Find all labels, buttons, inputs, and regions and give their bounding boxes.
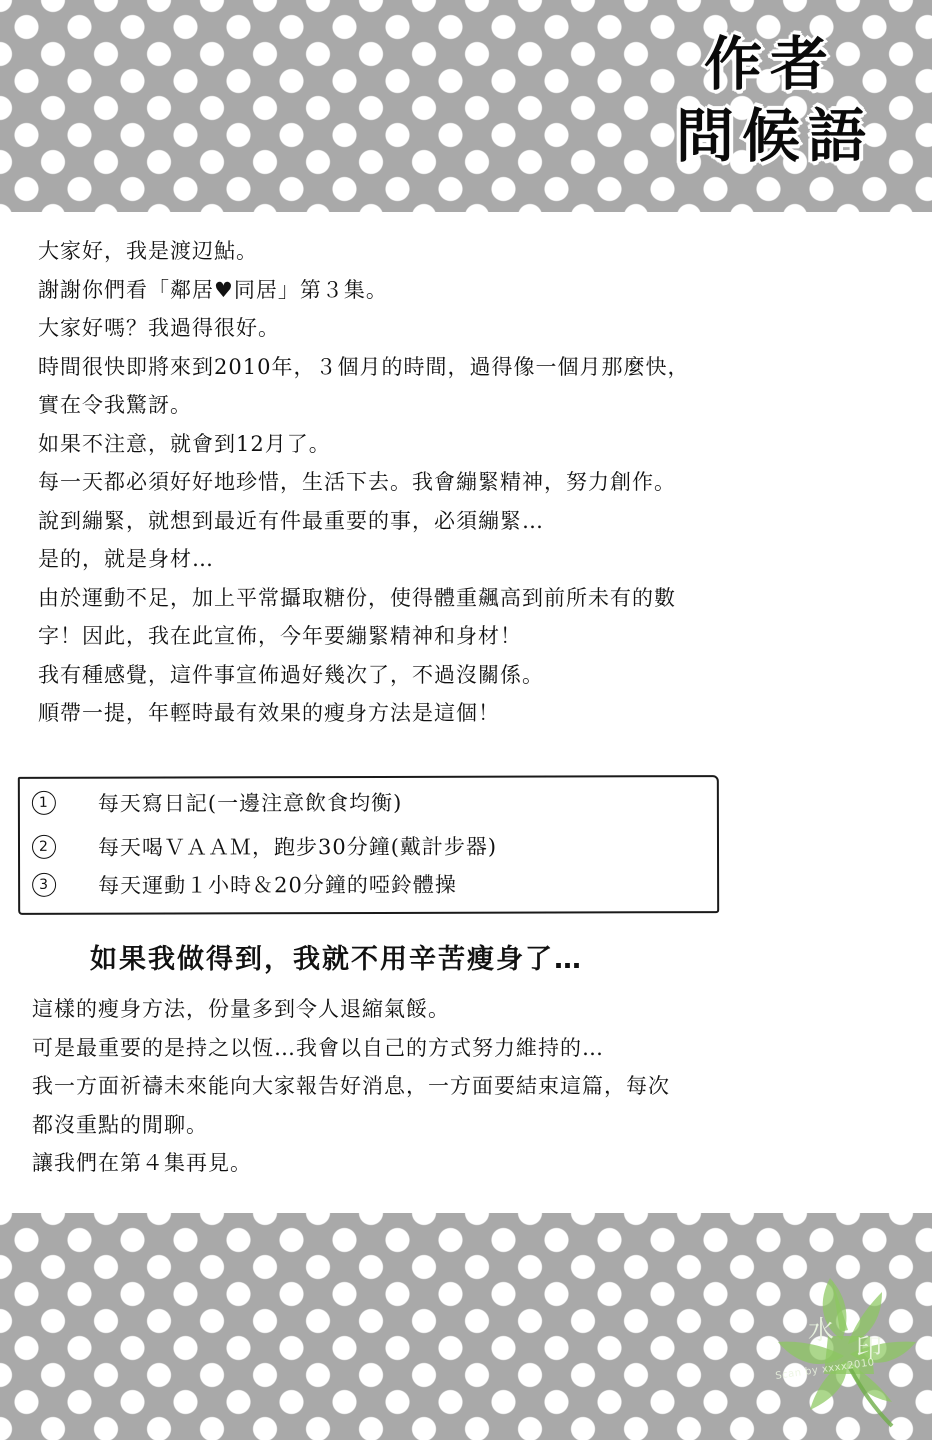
text-line: 如果不注意，就會到12月了。 [38,425,918,464]
emphasis-heading: 如果我做得到，我就不用辛苦瘦身了… [90,940,583,980]
text-line: 謝謝你們看「鄰居♥同居」第３集。 [38,271,918,310]
title-line-2: 問候語 [676,100,874,172]
text-line: 我有種感覺，這件事宣佈過好幾次了，不過沒關係。 [38,656,918,695]
text-line: 都沒重點的閒聊。 [32,1106,922,1145]
title-line-1: 作者 [676,28,874,100]
text-line: 順帶一提，年輕時最有效果的瘦身方法是這個！ [38,694,918,733]
list-item-text: 每天喝ＶＡＡＭ，跑步30分鐘(戴計步器) [98,831,497,862]
text-line: 我一方面祈禱未來能向大家報告好消息，一方面要結束這篇，每次 [32,1067,922,1106]
text-line: 字！因此，我在此宣佈，今年要繃緊精神和身材！ [38,617,918,656]
list-item-text: 每天寫日記(一邊注意飲食均衡) [98,787,402,818]
list-item-text: 每天運動１小時＆20分鐘的啞鈴體操 [98,869,457,900]
text-line: 時間很快即將來到2010年，３個月的時間，過得像一個月那麼快， [38,348,918,387]
circled-number-icon: 2 [32,835,56,859]
leaf-icon [770,1270,920,1430]
text-line: 由於運動不足，加上平常攝取糖份，使得體重飆高到前所未有的數 [38,579,918,618]
text-line: 實在令我驚訝。 [38,386,918,425]
text-line: 讓我們在第４集再見。 [32,1144,922,1183]
text-line: 每一天都必須好好地珍惜，生活下去。我會繃緊精神，努力創作。 [38,463,918,502]
intro-paragraph: 大家好，我是渡辺鮎。 謝謝你們看「鄰居♥同居」第３集。 大家好嗎？我過得很好。 … [38,232,918,733]
page-title: 作者 問候語 [676,28,874,172]
watermark-char: 水 [808,1310,834,1347]
list-item: 2 每天喝ＶＡＡＭ，跑步30分鐘(戴計步器) [32,828,497,865]
text-line: 大家好，我是渡辺鮎。 [38,232,918,271]
text-line: 可是最重要的是持之以恆…我會以自己的方式努力維持的… [32,1029,922,1068]
list-item: 1 每天寫日記(一邊注意飲食均衡) [32,784,402,821]
text-line: 說到繃緊，就想到最近有件最重要的事，必須繃緊… [38,502,918,541]
circled-number-icon: 3 [32,873,56,897]
closing-paragraph: 這樣的瘦身方法，份量多到令人退縮氣餒。 可是最重要的是持之以恆…我會以自己的方式… [32,990,922,1183]
text-line: 大家好嗎？我過得很好。 [38,309,918,348]
text-line: 這樣的瘦身方法，份量多到令人退縮氣餒。 [32,990,922,1029]
circled-number-icon: 1 [32,791,56,815]
text-line: 是的，就是身材… [38,540,918,579]
list-item: 3 每天運動１小時＆20分鐘的啞鈴體操 [32,866,457,903]
scanlation-watermark: 水 印 Scan by xxxx2010 [770,1270,920,1430]
diet-method-list-box: 1 每天寫日記(一邊注意飲食均衡) 2 每天喝ＶＡＡＭ，跑步30分鐘(戴計步器)… [18,775,719,915]
